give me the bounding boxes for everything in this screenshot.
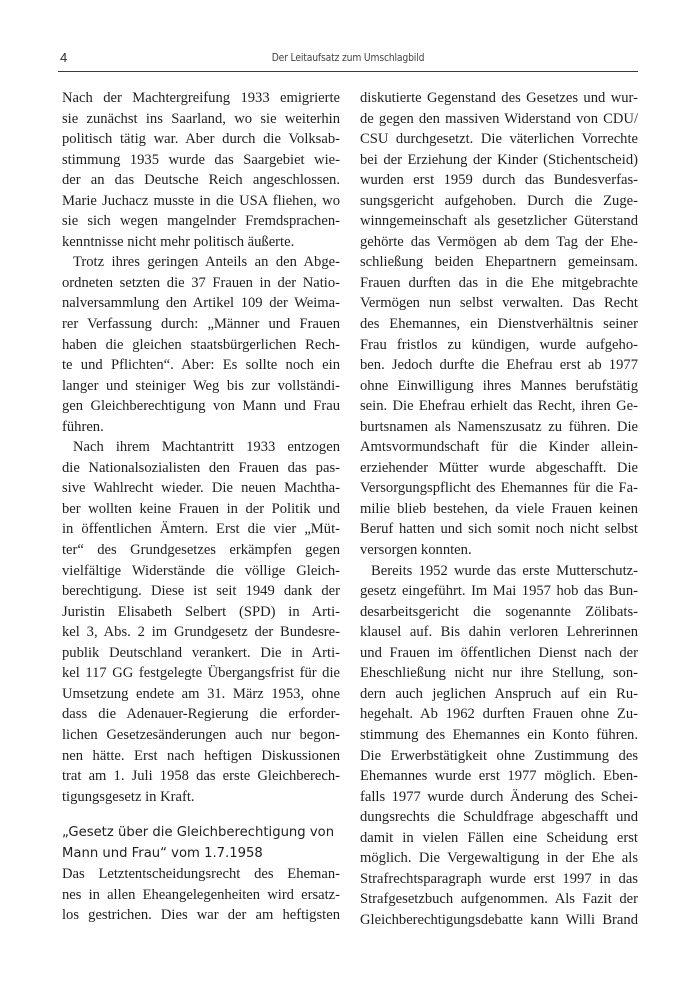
- text-line: wurden erst 1959 durch das Bundesverfas-: [360, 170, 638, 191]
- text-line: ben. Jedoch durfte die Ehefrau erst ab 1…: [360, 355, 638, 376]
- text-line: vielfältige Widerstände die völlige Glei…: [62, 561, 340, 582]
- page-number: 4: [60, 50, 67, 65]
- text-line: Gleichberechtigungsdebatte kann Willi Br…: [360, 910, 638, 931]
- text-line: sie zunächst ins Saarland, wo sie weiter…: [62, 109, 340, 130]
- text-line: winngemeinschaft als gesetzlicher Güters…: [360, 211, 638, 232]
- text-line: Frau fristlos zu kündigen, wurde aufgeho…: [360, 335, 638, 356]
- text-line: gehörte das Vermögen ab dem Tag der Ehe-: [360, 232, 638, 253]
- text-line: dungsrechts die Schuldfrage abgeschafft …: [360, 807, 638, 828]
- text-line: Bereits 1952 wurde das erste Mutterschut…: [360, 561, 638, 582]
- text-line: Marie Juchacz musste in die USA fliehen,…: [62, 191, 340, 212]
- text-line: dern auch jeglichen Anspruch auf ein Ru-: [360, 684, 638, 705]
- text-line: falls 1977 wurde durch Änderung des Sche…: [360, 787, 638, 808]
- text-line: sungsgericht aufgehoben. Durch die Zuge-: [360, 191, 638, 212]
- text-line: berechtigung. Diese ist seit 1949 dank d…: [62, 581, 340, 602]
- text-line: ber wollten keine Frauen in der Politik …: [62, 499, 340, 520]
- text-line: Strafrechtsparagraph wurde erst 1997 in …: [360, 869, 638, 890]
- text-line: Beruf hatten und sich somit noch nicht s…: [360, 519, 638, 540]
- text-line: Nach der Machtergreifung 1933 emigrierte: [62, 88, 340, 109]
- text-line: desarbeitsgericht die sogenannte Zölibat…: [360, 602, 638, 623]
- text-line: Amtsvormundschaft für die Kinder allein-: [360, 437, 638, 458]
- text-line: burtsnamen als Namenszusatz zu führen. D…: [360, 417, 638, 438]
- text-line: damit in vielen Fällen eine Scheidung er…: [360, 828, 638, 849]
- right-column: diskutierte Gegenstand des Gesetzes und …: [360, 88, 638, 930]
- text-line: kel 3, Abs. 2 im Grundgesetz der Bundesr…: [62, 622, 340, 643]
- text-line: kenntnisse nicht mehr politisch äußerte.: [62, 232, 340, 253]
- text-line: Juristin Elisabeth Selbert (SPD) in Arti…: [62, 602, 340, 623]
- text-line: Vermögen nun selbst verwalten. Das Recht: [360, 293, 638, 314]
- text-line: nen hätte. Erst nach heftigen Diskussion…: [62, 746, 340, 767]
- text-line: des Ehemannes, ein Dienstverhältnis sein…: [360, 314, 638, 335]
- section-heading: „Gesetz über die Gleichberechtigung vonM…: [62, 823, 340, 864]
- text-line: los gestrichen. Dies war der am heftigst…: [62, 905, 340, 926]
- running-title: Der Leitaufsatz zum Umschlagbild: [93, 52, 603, 64]
- text-line: CSU durchgesetzt. Die väterlichen Vorrec…: [360, 129, 638, 150]
- text-line: politisch tätig war. Aber durch die Volk…: [62, 129, 340, 150]
- text-line: der an das Deutsche Reich angeschlossen.: [62, 170, 340, 191]
- text-line: Strafgesetzbuch aufgenommen. Als Fazit d…: [360, 889, 638, 910]
- heading-line: Mann und Frau“ vom 1.7.1958: [62, 844, 340, 865]
- text-line: stimmung 1935 wurde das Saargebiet wie-: [62, 150, 340, 171]
- text-line: tigungsgesetz in Kraft.: [62, 787, 340, 808]
- text-line: schließung beiden Ehepartnern gemeinsam.: [360, 252, 638, 273]
- text-line: haben die gleichen staatsbürgerlichen Re…: [62, 335, 340, 356]
- text-line: und Frauen im öffentlichen Dienst nach d…: [360, 643, 638, 664]
- text-line: Eheschließung nicht nur ihre Stellung, s…: [360, 663, 638, 684]
- text-line: gen Gleichberechtigung von Mann und Frau: [62, 396, 340, 417]
- text-line: Trotz ihres geringen Anteils an den Abge…: [62, 252, 340, 273]
- heading-line: „Gesetz über die Gleichberechtigung von: [62, 823, 340, 844]
- left-column: Nach der Machtergreifung 1933 emigrierte…: [62, 88, 340, 926]
- text-line: hegehalt. Ab 1962 durften Frauen ohne Zu…: [360, 704, 638, 725]
- text-line: Frauen durften das in die Ehe mitgebrach…: [360, 273, 638, 294]
- text-line: rer Verfassung durch: „Männer und Frauen: [62, 314, 340, 335]
- text-line: versorgen konnten.: [360, 540, 638, 561]
- text-line: Versorgungspflicht des Ehemannes für die…: [360, 478, 638, 499]
- text-line: dass die Adenauer-Regierung die erforder…: [62, 704, 340, 725]
- text-line: klausel auf. Bis dahin verloren Lehrerin…: [360, 622, 638, 643]
- text-line: erziehender Mütter wurde abgeschafft. Di…: [360, 458, 638, 479]
- paragraph: Trotz ihres geringen Anteils an den Abge…: [62, 252, 340, 437]
- text-line: nalversammlung den Artikel 109 der Weima…: [62, 293, 340, 314]
- text-line: bei der Erziehung der Kinder (Stichentsc…: [360, 150, 638, 171]
- text-line: führen.: [62, 417, 340, 438]
- text-line: lichen Gesetzesänderungen auch nur begon…: [62, 725, 340, 746]
- text-line: ohne Einwilligung ihres Mannes berufstät…: [360, 376, 638, 397]
- text-line: sie sich wegen mangelnder Fremdsprachen-: [62, 211, 340, 232]
- text-line: Umsetzung endete am 31. März 1953, ohne: [62, 684, 340, 705]
- text-line: de gegen den massiven Widerstand von CDU…: [360, 109, 638, 130]
- text-line: Nach ihrem Machtantritt 1933 entzogen: [62, 437, 340, 458]
- text-line: Ehemannes wurde erst 1977 möglich. Eben-: [360, 766, 638, 787]
- text-line: diskutierte Gegenstand des Gesetzes und …: [360, 88, 638, 109]
- text-line: langer und steiniger Weg bis zur vollstä…: [62, 376, 340, 397]
- paragraph: Das Letztentscheidungsrecht des Eheman-n…: [62, 864, 340, 926]
- text-line: möglich. Die Vergewaltigung in der Ehe a…: [360, 848, 638, 869]
- paragraph: Nach ihrem Machtantritt 1933 entzogendie…: [62, 437, 340, 807]
- text-line: stimmung des Ehemannes ein Konto führen.: [360, 725, 638, 746]
- text-line: die Nationalsozialisten den Frauen das p…: [62, 458, 340, 479]
- text-line: publik Deutschland verankert. Die in Art…: [62, 643, 340, 664]
- text-line: milie blieb bestehen, da viele Frauen ke…: [360, 499, 638, 520]
- text-line: te und Pflichten“. Aber: Es sollte noch …: [62, 355, 340, 376]
- text-line: in öffentlichen Ämtern. Erst die vier „M…: [62, 519, 340, 540]
- text-line: ter“ des Grundgesetzes erkämpfen gegen: [62, 540, 340, 561]
- text-line: Das Letztentscheidungsrecht des Eheman-: [62, 864, 340, 885]
- paragraph: Bereits 1952 wurde das erste Mutterschut…: [360, 561, 638, 931]
- page-header: 4 Der Leitaufsatz zum Umschlagbild: [58, 47, 638, 72]
- text-line: sein. Die Ehefrau erhielt das Recht, ihr…: [360, 396, 638, 417]
- text-line: nes in allen Eheangelegenheiten wird ers…: [62, 885, 340, 906]
- text-line: sive Wahlrecht wieder. Die neuen Machtha…: [62, 478, 340, 499]
- text-line: ordneten setzten die 37 Frauen in der Na…: [62, 273, 340, 294]
- text-line: gesetz eingeführt. Im Mai 1957 hob das B…: [360, 581, 638, 602]
- paragraph: Nach der Machtergreifung 1933 emigrierte…: [62, 88, 340, 252]
- paragraph: diskutierte Gegenstand des Gesetzes und …: [360, 88, 638, 561]
- text-line: trat am 1. Juli 1958 das erste Gleichber…: [62, 766, 340, 787]
- text-line: Die Erwerbstätigkeit ohne Zustimmung des: [360, 746, 638, 767]
- text-line: kel 117 GG festgelegte Übergangsfrist fü…: [62, 663, 340, 684]
